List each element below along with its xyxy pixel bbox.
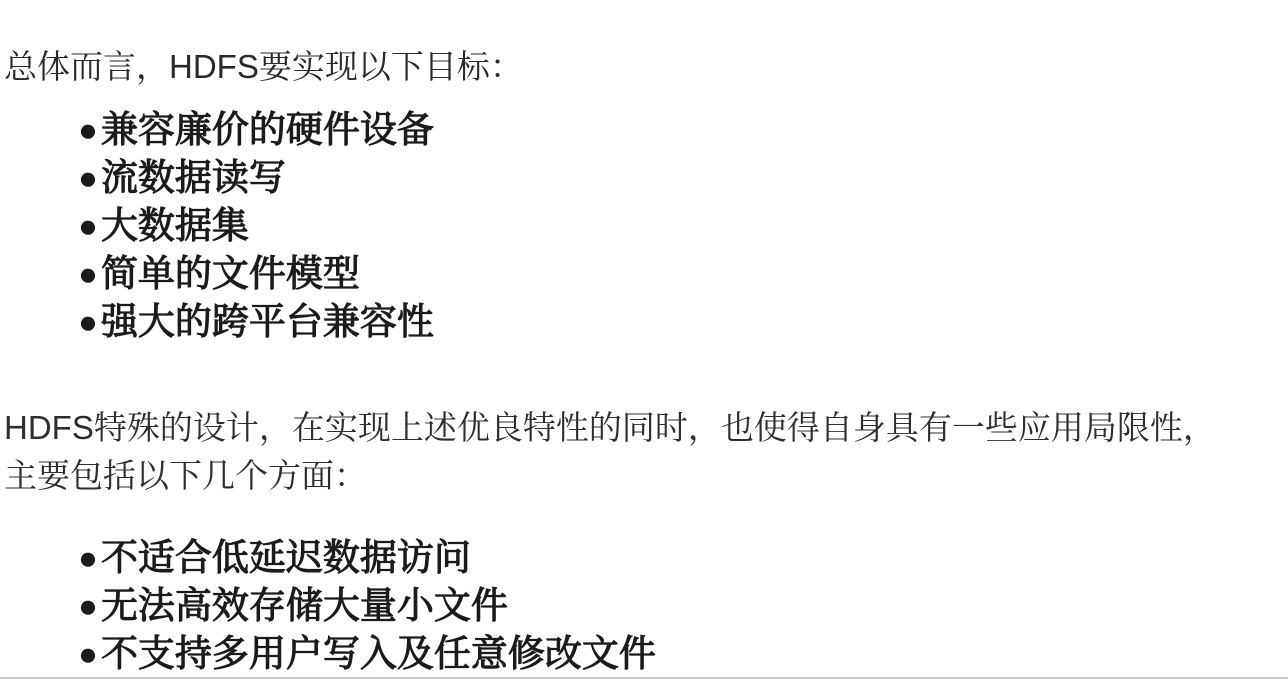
- list-item: ● 强大的跨平台兼容性: [78, 298, 434, 346]
- bullet-icon: ●: [78, 202, 98, 250]
- list-item: ● 流数据读写: [78, 154, 434, 202]
- bullet-icon: ●: [78, 106, 98, 154]
- list-item-label: 强大的跨平台兼容性: [101, 298, 434, 346]
- bullet-icon: ●: [78, 298, 98, 346]
- intro-paragraph: 总体而言，HDFS要实现以下目标：: [4, 45, 523, 89]
- list-item: ● 不适合低延迟数据访问: [78, 534, 656, 582]
- list-item-label: 流数据读写: [101, 154, 286, 202]
- paragraph-line: 主要包括以下几个方面：: [4, 452, 1216, 500]
- bullet-icon: ●: [78, 582, 98, 630]
- list-item-label: 不适合低延迟数据访问: [101, 534, 471, 582]
- list-item-label: 兼容廉价的硬件设备: [101, 106, 434, 154]
- page-bottom-divider: [0, 677, 1288, 679]
- list-item-label: 大数据集: [101, 202, 249, 250]
- paragraph-line: HDFS特殊的设计，在实现上述优良特性的同时，也使得自身具有一些应用局限性，: [4, 404, 1216, 452]
- list-item: ● 大数据集: [78, 202, 434, 250]
- bullet-icon: ●: [78, 250, 98, 298]
- bullet-icon: ●: [78, 154, 98, 202]
- goals-list: ● 兼容廉价的硬件设备 ● 流数据读写 ● 大数据集 ● 简单的文件模型 ● 强…: [78, 106, 434, 346]
- list-item: ● 简单的文件模型: [78, 250, 434, 298]
- bullet-icon: ●: [78, 630, 98, 678]
- list-item-label: 无法高效存储大量小文件: [101, 582, 508, 630]
- list-item: ● 无法高效存储大量小文件: [78, 582, 656, 630]
- list-item-label: 简单的文件模型: [101, 250, 360, 298]
- limitations-list: ● 不适合低延迟数据访问 ● 无法高效存储大量小文件 ● 不支持多用户写入及任意…: [78, 534, 656, 678]
- list-item: ● 兼容廉价的硬件设备: [78, 106, 434, 154]
- list-item-label: 不支持多用户写入及任意修改文件: [101, 630, 656, 678]
- bullet-icon: ●: [78, 534, 98, 582]
- document-page: 总体而言，HDFS要实现以下目标： ● 兼容廉价的硬件设备 ● 流数据读写 ● …: [0, 0, 1288, 680]
- limitations-paragraph: HDFS特殊的设计，在实现上述优良特性的同时，也使得自身具有一些应用局限性， 主…: [4, 404, 1216, 500]
- list-item: ● 不支持多用户写入及任意修改文件: [78, 630, 656, 678]
